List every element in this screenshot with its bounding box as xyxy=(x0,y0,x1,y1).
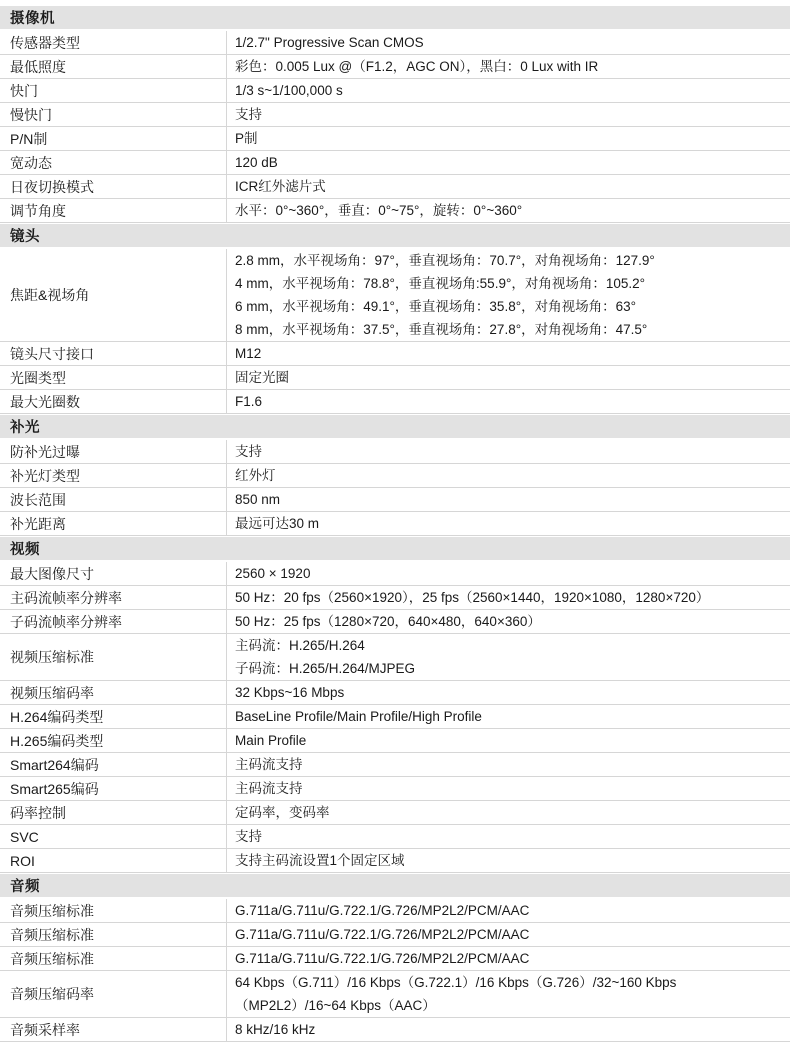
section-header-0: 摄像机 xyxy=(0,6,790,29)
spec-value: 主码流：H.265/H.264子码流：H.265/H.264/MJPEG xyxy=(227,634,790,680)
spec-value-line: 64 Kbps（G.711）/16 Kbps（G.722.1）/16 Kbps（… xyxy=(235,971,778,1017)
spec-value-line: 主码流支持 xyxy=(235,753,778,776)
spec-value-line: P制 xyxy=(235,127,778,150)
spec-value: 32 Kbps~16 Mbps xyxy=(227,681,790,704)
section-title: 镜头 xyxy=(10,225,40,246)
section-header-1: 镜头 xyxy=(0,224,790,247)
spec-row: 码率控制定码率，变码率 xyxy=(0,801,790,825)
spec-value-line: 850 nm xyxy=(235,488,778,511)
section-header-3: 视频 xyxy=(0,537,790,560)
spec-value-line: G.711a/G.711u/G.722.1/G.726/MP2L2/PCM/AA… xyxy=(235,923,778,946)
section-title: 补光 xyxy=(10,416,40,437)
spec-value-line: 固定光圈 xyxy=(235,366,778,389)
spec-label: 日夜切换模式 xyxy=(0,175,227,198)
spec-value-line: 8 mm，水平视场角：37.5°，垂直视场角：27.8°，对角视场角：47.5° xyxy=(235,318,778,341)
spec-row: 最大图像尺寸2560 × 1920 xyxy=(0,562,790,586)
spec-label: 主码流帧率分辨率 xyxy=(0,586,227,609)
spec-label: 音频压缩标准 xyxy=(0,899,227,922)
spec-value-line: 彩色：0.005 Lux @（F1.2，AGC ON），黑白：0 Lux wit… xyxy=(235,55,778,78)
section-header-4: 音频 xyxy=(0,874,790,897)
spec-row: 视频压缩码率32 Kbps~16 Mbps xyxy=(0,681,790,705)
spec-value-line: 50 Hz：25 fps（1280×720，640×480，640×360） xyxy=(235,610,778,633)
spec-value-line: 支持 xyxy=(235,103,778,126)
spec-value-line: G.711a/G.711u/G.722.1/G.726/MP2L2/PCM/AA… xyxy=(235,899,778,922)
spec-value-line: 红外灯 xyxy=(235,464,778,487)
spec-value-line: 50 Hz：20 fps（2560×1920），25 fps（2560×1440… xyxy=(235,586,778,609)
spec-value: 主码流支持 xyxy=(227,753,790,776)
spec-row: 补光距离最远可达30 m xyxy=(0,512,790,536)
spec-value-line: Main Profile xyxy=(235,729,778,752)
spec-row: 子码流帧率分辨率50 Hz：25 fps（1280×720，640×480，64… xyxy=(0,610,790,634)
spec-value-line: 最远可达30 m xyxy=(235,512,778,535)
spec-value-line: 2.8 mm，水平视场角：97°，垂直视场角：70.7°，对角视场角：127.9… xyxy=(235,249,778,272)
spec-value: Main Profile xyxy=(227,729,790,752)
spec-label: Smart264编码 xyxy=(0,753,227,776)
spec-value: 64 Kbps（G.711）/16 Kbps（G.722.1）/16 Kbps（… xyxy=(227,971,790,1017)
spec-value-line: BaseLine Profile/Main Profile/High Profi… xyxy=(235,705,778,728)
spec-value: G.711a/G.711u/G.722.1/G.726/MP2L2/PCM/AA… xyxy=(227,899,790,922)
spec-label: SVC xyxy=(0,825,227,848)
spec-row: 光圈类型固定光圈 xyxy=(0,366,790,390)
spec-label: H.265编码类型 xyxy=(0,729,227,752)
spec-row: Smart265编码主码流支持 xyxy=(0,777,790,801)
spec-row: P/N制P制 xyxy=(0,127,790,151)
spec-label: 视频压缩码率 xyxy=(0,681,227,704)
spec-label: 音频压缩码率 xyxy=(0,971,227,1017)
spec-row: 波长范围850 nm xyxy=(0,488,790,512)
spec-value-line: 120 dB xyxy=(235,151,778,174)
spec-value-line: ICR红外滤片式 xyxy=(235,175,778,198)
spec-label: 调节角度 xyxy=(0,199,227,222)
spec-value: 支持 xyxy=(227,440,790,463)
spec-value: 1/2.7" Progressive Scan CMOS xyxy=(227,31,790,54)
section-title: 音频 xyxy=(10,875,40,896)
section-header-2: 补光 xyxy=(0,415,790,438)
spec-label: 最大图像尺寸 xyxy=(0,562,227,585)
spec-row: 防补光过曝支持 xyxy=(0,440,790,464)
spec-value: G.711a/G.711u/G.722.1/G.726/MP2L2/PCM/AA… xyxy=(227,923,790,946)
spec-label: H.264编码类型 xyxy=(0,705,227,728)
spec-row: Smart264编码主码流支持 xyxy=(0,753,790,777)
spec-value-line: 8 kHz/16 kHz xyxy=(235,1018,778,1041)
spec-value: P制 xyxy=(227,127,790,150)
spec-value: 50 Hz：20 fps（2560×1920），25 fps（2560×1440… xyxy=(227,586,790,609)
spec-row: 主码流帧率分辨率50 Hz：20 fps（2560×1920），25 fps（2… xyxy=(0,586,790,610)
spec-value-line: 1/2.7" Progressive Scan CMOS xyxy=(235,31,778,54)
spec-label: 镜头尺寸接口 xyxy=(0,342,227,365)
spec-label: 光圈类型 xyxy=(0,366,227,389)
spec-row: 日夜切换模式ICR红外滤片式 xyxy=(0,175,790,199)
spec-row: ROI支持主码流设置1个固定区域 xyxy=(0,849,790,873)
spec-value-line: 定码率，变码率 xyxy=(235,801,778,824)
spec-row: 传感器类型1/2.7" Progressive Scan CMOS xyxy=(0,31,790,55)
spec-label: 视频压缩标准 xyxy=(0,634,227,680)
spec-label: 波长范围 xyxy=(0,488,227,511)
spec-row: 快门1/3 s~1/100,000 s xyxy=(0,79,790,103)
spec-label: Smart265编码 xyxy=(0,777,227,800)
spec-row: 音频采样率8 kHz/16 kHz xyxy=(0,1018,790,1042)
spec-label: 码率控制 xyxy=(0,801,227,824)
spec-row: SVC支持 xyxy=(0,825,790,849)
spec-value: 水平：0°~360°，垂直：0°~75°，旋转：0°~360° xyxy=(227,199,790,222)
spec-value: M12 xyxy=(227,342,790,365)
spec-label: 音频压缩标准 xyxy=(0,923,227,946)
spec-row: 音频压缩标准G.711a/G.711u/G.722.1/G.726/MP2L2/… xyxy=(0,899,790,923)
spec-value: G.711a/G.711u/G.722.1/G.726/MP2L2/PCM/AA… xyxy=(227,947,790,970)
spec-value-line: 1/3 s~1/100,000 s xyxy=(235,79,778,102)
spec-label: 补光距离 xyxy=(0,512,227,535)
spec-label: 快门 xyxy=(0,79,227,102)
spec-value: 120 dB xyxy=(227,151,790,174)
spec-label: ROI xyxy=(0,849,227,872)
spec-row: 焦距&视场角2.8 mm，水平视场角：97°，垂直视场角：70.7°，对角视场角… xyxy=(0,249,790,342)
spec-value: 2.8 mm，水平视场角：97°，垂直视场角：70.7°，对角视场角：127.9… xyxy=(227,249,790,341)
spec-value: 1/3 s~1/100,000 s xyxy=(227,79,790,102)
spec-row: 音频压缩标准G.711a/G.711u/G.722.1/G.726/MP2L2/… xyxy=(0,947,790,971)
spec-row: 视频压缩标准主码流：H.265/H.264子码流：H.265/H.264/MJP… xyxy=(0,634,790,681)
spec-value: F1.6 xyxy=(227,390,790,413)
spec-value: ICR红外滤片式 xyxy=(227,175,790,198)
spec-label: 音频采样率 xyxy=(0,1018,227,1041)
section-title: 摄像机 xyxy=(10,7,55,28)
section-title: 视频 xyxy=(10,538,40,559)
spec-label: 最大光圈数 xyxy=(0,390,227,413)
spec-value-line: 主码流：H.265/H.264 xyxy=(235,634,778,657)
spec-value: 50 Hz：25 fps（1280×720，640×480，640×360） xyxy=(227,610,790,633)
spec-label: 补光灯类型 xyxy=(0,464,227,487)
spec-value: 红外灯 xyxy=(227,464,790,487)
spec-value-line: 支持主码流设置1个固定区域 xyxy=(235,849,778,872)
spec-row: H.265编码类型Main Profile xyxy=(0,729,790,753)
spec-row: 音频压缩标准G.711a/G.711u/G.722.1/G.726/MP2L2/… xyxy=(0,923,790,947)
spec-label: 传感器类型 xyxy=(0,31,227,54)
spec-label: 宽动态 xyxy=(0,151,227,174)
spec-value: 主码流支持 xyxy=(227,777,790,800)
spec-value-line: 主码流支持 xyxy=(235,777,778,800)
spec-value: BaseLine Profile/Main Profile/High Profi… xyxy=(227,705,790,728)
spec-value-line: 6 mm，水平视场角：49.1°，垂直视场角：35.8°，对角视场角：63° xyxy=(235,295,778,318)
spec-label: 子码流帧率分辨率 xyxy=(0,610,227,633)
spec-row: 宽动态120 dB xyxy=(0,151,790,175)
spec-value-line: 子码流：H.265/H.264/MJPEG xyxy=(235,657,778,680)
spec-row: 慢快门支持 xyxy=(0,103,790,127)
spec-label: 音频压缩标准 xyxy=(0,947,227,970)
spec-value: 彩色：0.005 Lux @（F1.2，AGC ON），黑白：0 Lux wit… xyxy=(227,55,790,78)
spec-row: 补光灯类型红外灯 xyxy=(0,464,790,488)
spec-value: 2560 × 1920 xyxy=(227,562,790,585)
spec-value: 固定光圈 xyxy=(227,366,790,389)
spec-label: 防补光过曝 xyxy=(0,440,227,463)
spec-value: 支持 xyxy=(227,825,790,848)
spec-value: 定码率，变码率 xyxy=(227,801,790,824)
spec-row: H.264编码类型BaseLine Profile/Main Profile/H… xyxy=(0,705,790,729)
spec-value-line: 4 mm，水平视场角：78.8°，垂直视场角:55.9°，对角视场角：105.2… xyxy=(235,272,778,295)
spec-value: 支持主码流设置1个固定区域 xyxy=(227,849,790,872)
spec-table: 摄像机传感器类型1/2.7" Progressive Scan CMOS最低照度… xyxy=(0,0,790,1042)
spec-label: 最低照度 xyxy=(0,55,227,78)
spec-value-line: 32 Kbps~16 Mbps xyxy=(235,681,778,704)
spec-value: 8 kHz/16 kHz xyxy=(227,1018,790,1041)
spec-value-line: 水平：0°~360°，垂直：0°~75°，旋转：0°~360° xyxy=(235,199,778,222)
spec-value-line: 支持 xyxy=(235,825,778,848)
spec-label: 慢快门 xyxy=(0,103,227,126)
spec-row: 最低照度彩色：0.005 Lux @（F1.2，AGC ON），黑白：0 Lux… xyxy=(0,55,790,79)
spec-value-line: M12 xyxy=(235,342,778,365)
spec-row: 调节角度水平：0°~360°，垂直：0°~75°，旋转：0°~360° xyxy=(0,199,790,223)
spec-value: 最远可达30 m xyxy=(227,512,790,535)
spec-value-line: G.711a/G.711u/G.722.1/G.726/MP2L2/PCM/AA… xyxy=(235,947,778,970)
spec-value: 支持 xyxy=(227,103,790,126)
spec-row: 音频压缩码率64 Kbps（G.711）/16 Kbps（G.722.1）/16… xyxy=(0,971,790,1018)
spec-row: 镜头尺寸接口M12 xyxy=(0,342,790,366)
spec-value: 850 nm xyxy=(227,488,790,511)
spec-label: P/N制 xyxy=(0,127,227,150)
spec-value-line: 2560 × 1920 xyxy=(235,562,778,585)
spec-row: 最大光圈数F1.6 xyxy=(0,390,790,414)
spec-label: 焦距&视场角 xyxy=(0,249,227,341)
spec-value-line: F1.6 xyxy=(235,390,778,413)
spec-value-line: 支持 xyxy=(235,440,778,463)
